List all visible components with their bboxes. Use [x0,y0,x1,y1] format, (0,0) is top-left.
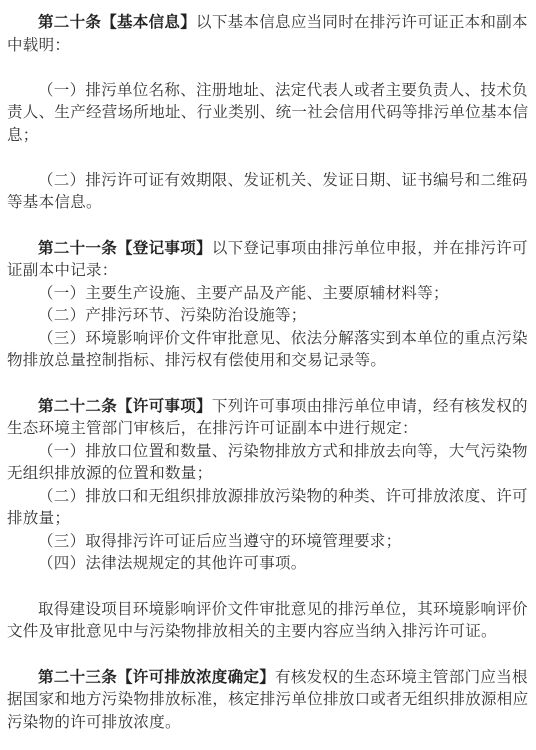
article-20-item-1: （一）排污单位名称、注册地址、法定代表人或者主要负责人、技术负责人、生产经营场所… [7,79,529,147]
spacer [7,146,529,169]
article-20: 第二十条【基本信息】以下基本信息应当同时在排污许可证正本和副本中载明： [7,11,529,56]
article-20-heading: 第二十条【基本信息】 [38,13,196,31]
spacer [7,56,529,79]
article-22-item-4: （四）法律法规规定的其他许可事项。 [7,552,529,575]
spacer [7,643,529,666]
article-23-heading: 第二十三条【许可排放浓度确定】 [38,668,275,686]
article-21-item-3: （三）环境影响评价文件审批意见、依法分解落实到本单位的重点污染物排放总量控制指标… [7,327,529,372]
document-body: 第二十条【基本信息】以下基本信息应当同时在排污许可证正本和副本中载明： （一）排… [0,0,536,733]
article-22-note: 取得建设项目环境影响评价文件审批意见的排污单位，其环境影响评价文件及审批意见中与… [7,598,529,643]
article-22: 第二十二条【许可事项】下列许可事项由排污单位申请，经有核发权的生态环境主管部门审… [7,395,529,440]
spacer [7,214,529,237]
article-22-item-2: （二）排放口和无组织排放源排放污染物的种类、许可排放浓度、许可排放量； [7,485,529,530]
article-22-item-1: （一）排放口位置和数量、污染物排放方式和排放去向等，大气污染物无组织排放源的位置… [7,440,529,485]
article-23: 第二十三条【许可排放浓度确定】有核发权的生态环境主管部门应当根据国家和地方污染物… [7,666,529,734]
spacer [7,575,529,598]
article-20-item-2: （二）排污许可证有效期限、发证机关、发证日期、证书编号和二维码等基本信息。 [7,169,529,214]
article-21-item-2: （二）产排污环节、污染防治设施等； [7,304,529,327]
article-21-heading: 第二十一条【登记事项】 [38,239,212,257]
article-21-item-1: （一）主要生产设施、主要产品及产能、主要原辅材料等； [7,282,529,305]
article-22-heading: 第二十二条【许可事项】 [38,397,212,415]
spacer [7,372,529,395]
article-22-item-3: （三）取得排污许可证后应当遵守的环境管理要求； [7,530,529,553]
article-21: 第二十一条【登记事项】以下登记事项由排污单位申报，并在排污许可证副本中记录： [7,237,529,282]
